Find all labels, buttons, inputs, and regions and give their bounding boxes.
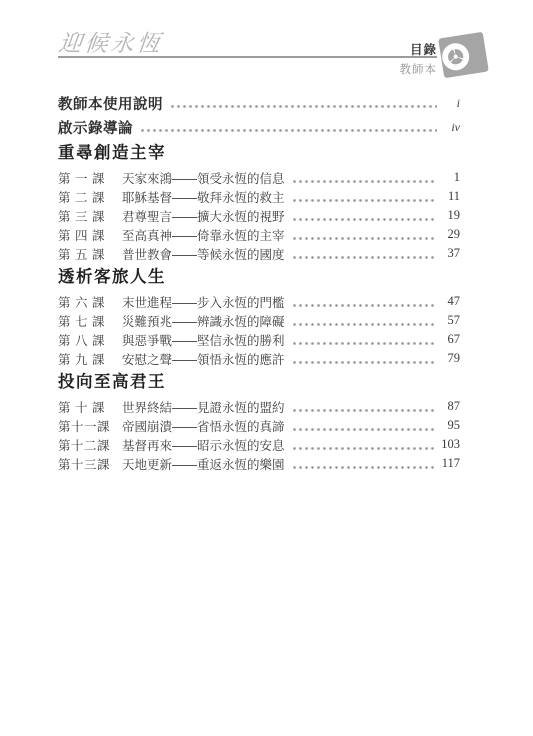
toc-entry: 教師本使用說明 i — [58, 91, 460, 115]
page-number: iv — [442, 120, 460, 135]
lesson-number: 第十二課 — [58, 436, 122, 454]
page-number: 103 — [441, 437, 460, 452]
lesson-number: 第 十 課 — [58, 398, 122, 416]
toc-entry: 第十三課 天地更新——重返永恆的樂園 117 — [58, 454, 460, 473]
lesson-number: 第 一 課 — [58, 169, 122, 187]
toc-entry: 第 四 課 至高真神——倚靠永恆的主宰 29 — [58, 225, 460, 244]
dot-leader — [293, 304, 437, 307]
dot-leader — [293, 447, 437, 450]
page-number: 29 — [442, 227, 460, 242]
lesson-number: 第 八 課 — [58, 331, 122, 349]
lesson-title: 天家來鴻——領受永恆的信息 — [122, 169, 285, 187]
dot-leader — [293, 180, 437, 183]
page-number: i — [442, 96, 460, 111]
lesson-number: 第 九 課 — [58, 350, 122, 368]
page-number: 117 — [442, 456, 460, 471]
page-number: 47 — [442, 294, 460, 309]
dot-leader — [293, 409, 437, 412]
dot-leader — [293, 218, 437, 221]
dot-leader — [293, 466, 437, 469]
lesson-title: 災難預兆——辨識永恆的障礙 — [122, 312, 285, 330]
toc-page: 迎候永恆 目錄 教師本 教師本使用說明 i 啟示錄導論 — [0, 0, 533, 736]
toc-section: 投向至高君王 第 十 課 世界終結——見證永恆的盟約 87 第十一課 帝國崩潰—… — [58, 374, 460, 473]
toc-section: 重尋創造主宰 第 一 課 天家來鴻——領受永恆的信息 1 第 二 課 耶穌基督—… — [58, 145, 460, 263]
dot-leader — [293, 342, 437, 345]
lesson-title: 安慰之聲——領悟永恆的應許 — [122, 350, 285, 368]
toc-entry: 第 五 課 普世教會——等候永恆的國度 37 — [58, 244, 460, 263]
dot-leader — [171, 105, 437, 108]
series-title-calligraphy: 迎候永恆 — [57, 25, 164, 58]
page-number: 57 — [442, 313, 460, 328]
page-number: 79 — [442, 351, 460, 366]
lesson-title: 基督再來——昭示永恆的安息 — [122, 436, 285, 454]
entry-title: 教師本使用說明 — [58, 93, 163, 114]
lesson-number: 第十三課 — [58, 455, 122, 473]
lesson-title: 與惡爭戰——堅信永恆的勝利 — [122, 331, 285, 349]
page-number: 37 — [442, 246, 460, 261]
lesson-title: 世界終結——見證永恆的盟約 — [122, 398, 285, 416]
lesson-number: 第 五 課 — [58, 245, 122, 263]
toc-entry: 第 一 課 天家來鴻——領受永恆的信息 1 — [58, 168, 460, 187]
front-matter-list: 教師本使用說明 i 啟示錄導論 iv — [58, 91, 460, 139]
dot-leader — [293, 199, 437, 202]
edition-label: 教師本 — [400, 61, 438, 77]
page-header: 迎候永恆 目錄 教師本 — [0, 0, 533, 80]
toc-entry: 第 七 課 災難預兆——辨識永恆的障礙 57 — [58, 311, 460, 330]
dot-leader — [141, 129, 437, 132]
pinwheel-icon — [445, 45, 467, 67]
toc-entry: 第十二課 基督再來——昭示永恆的安息 103 — [58, 435, 460, 454]
toc-entry: 第 六 課 末世進程——步入永恆的門檻 47 — [58, 292, 460, 311]
header-rule — [58, 56, 437, 58]
lesson-number: 第 三 課 — [58, 207, 122, 225]
lesson-title: 普世教會——等候永恆的國度 — [122, 245, 285, 263]
toc-section: 透析客旅人生 第 六 課 末世進程——步入永恆的門檻 47 第 七 課 災難預兆… — [58, 269, 460, 368]
toc-entry: 第十一課 帝國崩潰——省悟永恆的真諦 95 — [58, 416, 460, 435]
page-number: 11 — [442, 189, 460, 204]
lesson-number: 第 六 課 — [58, 293, 122, 311]
section-heading: 透析客旅人生 — [58, 269, 460, 286]
dot-leader — [293, 361, 437, 364]
toc-content: 教師本使用說明 i 啟示錄導論 iv 重尋創造主宰 第 一 課 天家來鴻——領受… — [58, 91, 460, 473]
lesson-title: 君尊聖言——擴大永恆的視野 — [122, 207, 285, 225]
lesson-title: 末世進程——步入永恆的門檻 — [122, 293, 285, 311]
page-number: 19 — [442, 208, 460, 223]
dot-leader — [293, 237, 437, 240]
section-heading: 投向至高君王 — [58, 374, 460, 391]
page-type-label: 目錄 — [410, 40, 437, 58]
logo-circle — [440, 41, 471, 72]
lesson-number: 第 四 課 — [58, 226, 122, 244]
lesson-title: 至高真神——倚靠永恆的主宰 — [122, 226, 285, 244]
toc-entry: 第 二 課 耶穌基督——敬拜永恆的救主 11 — [58, 187, 460, 206]
page-number: 67 — [442, 332, 460, 347]
lesson-title: 耶穌基督——敬拜永恆的救主 — [122, 188, 285, 206]
page-number: 1 — [442, 170, 460, 185]
entry-title: 啟示錄導論 — [58, 117, 133, 138]
lesson-number: 第十一課 — [58, 417, 122, 435]
publisher-logo-icon — [438, 32, 489, 79]
dot-leader — [293, 256, 437, 259]
toc-entry: 第 八 課 與惡爭戰——堅信永恆的勝利 67 — [58, 330, 460, 349]
lesson-number: 第 七 課 — [58, 312, 122, 330]
lesson-title: 天地更新——重返永恆的樂園 — [122, 455, 285, 473]
lesson-number: 第 二 課 — [58, 188, 122, 206]
toc-entry: 第 三 課 君尊聖言——擴大永恆的視野 19 — [58, 206, 460, 225]
toc-entry: 第 九 課 安慰之聲——領悟永恆的應許 79 — [58, 349, 460, 368]
toc-entry: 啟示錄導論 iv — [58, 115, 460, 139]
dot-leader — [293, 323, 437, 326]
toc-entry: 第 十 課 世界終結——見證永恆的盟約 87 — [58, 397, 460, 416]
page-number: 87 — [442, 399, 460, 414]
page-number: 95 — [442, 418, 460, 433]
lesson-title: 帝國崩潰——省悟永恆的真諦 — [122, 417, 285, 435]
dot-leader — [293, 428, 437, 431]
section-heading: 重尋創造主宰 — [58, 145, 460, 162]
